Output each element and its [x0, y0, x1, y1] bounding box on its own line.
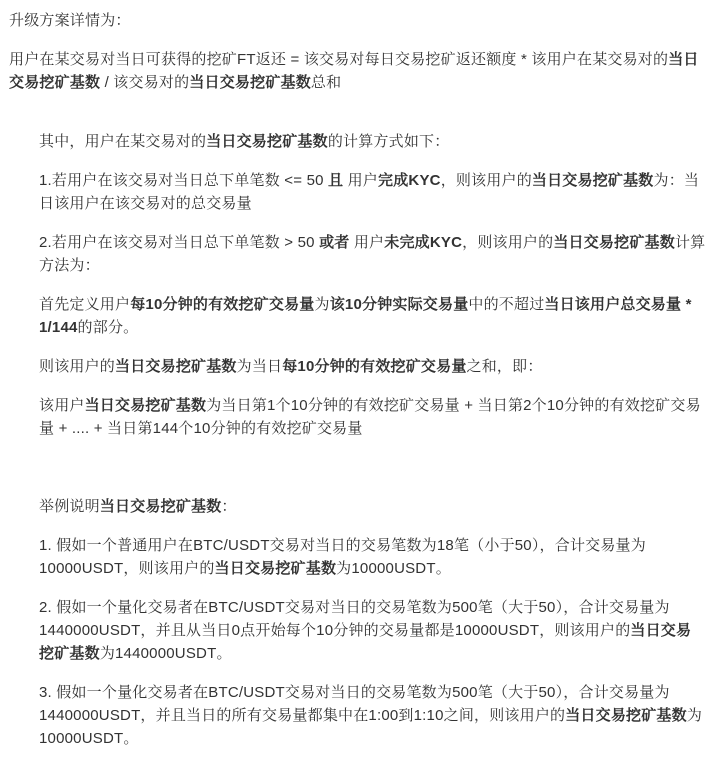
- body-text: 则该用户的: [39, 358, 115, 375]
- example-3-paragraph: 3. 假如一个量化交易者在BTC/USDT交易对当日的交易笔数为500笔（大于5…: [39, 681, 706, 750]
- example-2-paragraph: 2. 假如一个量化交易者在BTC/USDT交易对当日的交易笔数为500笔（大于5…: [39, 596, 706, 665]
- definition-paragraph: 首先定义用户每10分钟的有效挖矿交易量为该10分钟实际交易量中的不超过当日该用户…: [39, 293, 706, 339]
- rule-2-paragraph: 2.若用户在该交易对当日总下单笔数 > 50 或者 用户未完成KYC，则该用户的…: [39, 231, 706, 277]
- body-text: 之和，即：: [467, 358, 543, 375]
- bold-text: 当日交易挖矿基数: [565, 707, 687, 724]
- bold-text: 当日交易挖矿基数: [100, 498, 222, 515]
- body-text: ，则该用户的: [462, 234, 553, 251]
- body-text: 中的不超过: [468, 296, 544, 313]
- sum-expansion-paragraph: 该用户当日交易挖矿基数为当日第1个10分钟的有效挖矿交易量 + 当日第2个10分…: [39, 394, 706, 440]
- bold-text: 未完成KYC: [384, 234, 462, 251]
- sum-rule-paragraph: 则该用户的当日交易挖矿基数为当日每10分钟的有效挖矿交易量之和，即：: [39, 355, 706, 378]
- bold-text: 当日交易挖矿基数: [115, 358, 237, 375]
- body-text: 为1440000USDT。: [100, 645, 232, 662]
- bold-text: 每10分钟的有效挖矿交易量: [130, 296, 314, 313]
- body-text: 升级方案详情为：: [9, 12, 131, 29]
- bold-text: 当日交易挖矿基数: [215, 560, 337, 577]
- body-text: 首先定义用户: [39, 296, 130, 313]
- bold-text: 当日交易挖矿基数: [553, 234, 675, 251]
- body-text: 举例说明: [39, 498, 100, 515]
- body-text: 1.若用户在该交易对当日总下单笔数 <= 50: [39, 172, 328, 189]
- body-text: 为10000USDT。: [336, 560, 451, 577]
- body-text: 的部分。: [78, 319, 139, 336]
- body-text: 为: [315, 296, 330, 313]
- article-body: 升级方案详情为：用户在某交易对当日可获得的挖矿FT返还 = 该交易对每日交易挖矿…: [0, 0, 720, 776]
- bold-text: 每10分钟的有效挖矿交易量: [282, 358, 466, 375]
- formula-paragraph: 用户在某交易对当日可获得的挖矿FT返还 = 该交易对每日交易挖矿返还额度 * 该…: [9, 48, 706, 94]
- body-text: / 该交易对的: [100, 74, 189, 91]
- example-1-paragraph: 1. 假如一个普通用户在BTC/USDT交易对当日的交易笔数为18笔（小于50）…: [39, 534, 706, 580]
- bold-text: 该10分钟实际交易量: [330, 296, 469, 313]
- body-text: 2.若用户在该交易对当日总下单笔数 > 50: [39, 234, 319, 251]
- bold-text: 完成KYC: [378, 172, 441, 189]
- body-text: 用户: [349, 234, 384, 251]
- body-text: 总和: [311, 74, 341, 91]
- body-text: 2. 假如一个量化交易者在BTC/USDT交易对当日的交易笔数为500笔（大于5…: [39, 599, 670, 639]
- bold-text: 且: [328, 172, 343, 189]
- body-text: 为当日: [237, 358, 283, 375]
- examples-heading: 举例说明当日交易挖矿基数：: [39, 495, 706, 518]
- bold-text: 当日交易挖矿基数: [206, 133, 328, 150]
- calc-method-heading: 其中，用户在某交易对的当日交易挖矿基数的计算方式如下：: [39, 130, 706, 153]
- body-text: 的计算方式如下：: [328, 133, 450, 150]
- bold-text: 当日交易挖矿基数: [532, 172, 654, 189]
- intro-heading: 升级方案详情为：: [9, 9, 706, 32]
- body-text: 该用户: [39, 397, 85, 414]
- spacer-paragraph: [39, 456, 706, 479]
- rule-1-paragraph: 1.若用户在该交易对当日总下单笔数 <= 50 且 用户完成KYC，则该用户的当…: [39, 169, 706, 215]
- body-text: 其中，用户在某交易对的: [39, 133, 206, 150]
- bold-text: 当日交易挖矿基数: [189, 74, 311, 91]
- body-text: ，则该用户的: [441, 172, 532, 189]
- bold-text: 或者: [319, 234, 349, 251]
- body-text: ：: [221, 498, 236, 515]
- body-text: 用户: [343, 172, 378, 189]
- body-text: 用户在某交易对当日可获得的挖矿FT返还 = 该交易对每日交易挖矿返还额度 * 该…: [9, 51, 668, 68]
- bold-text: 当日交易挖矿基数: [85, 397, 207, 414]
